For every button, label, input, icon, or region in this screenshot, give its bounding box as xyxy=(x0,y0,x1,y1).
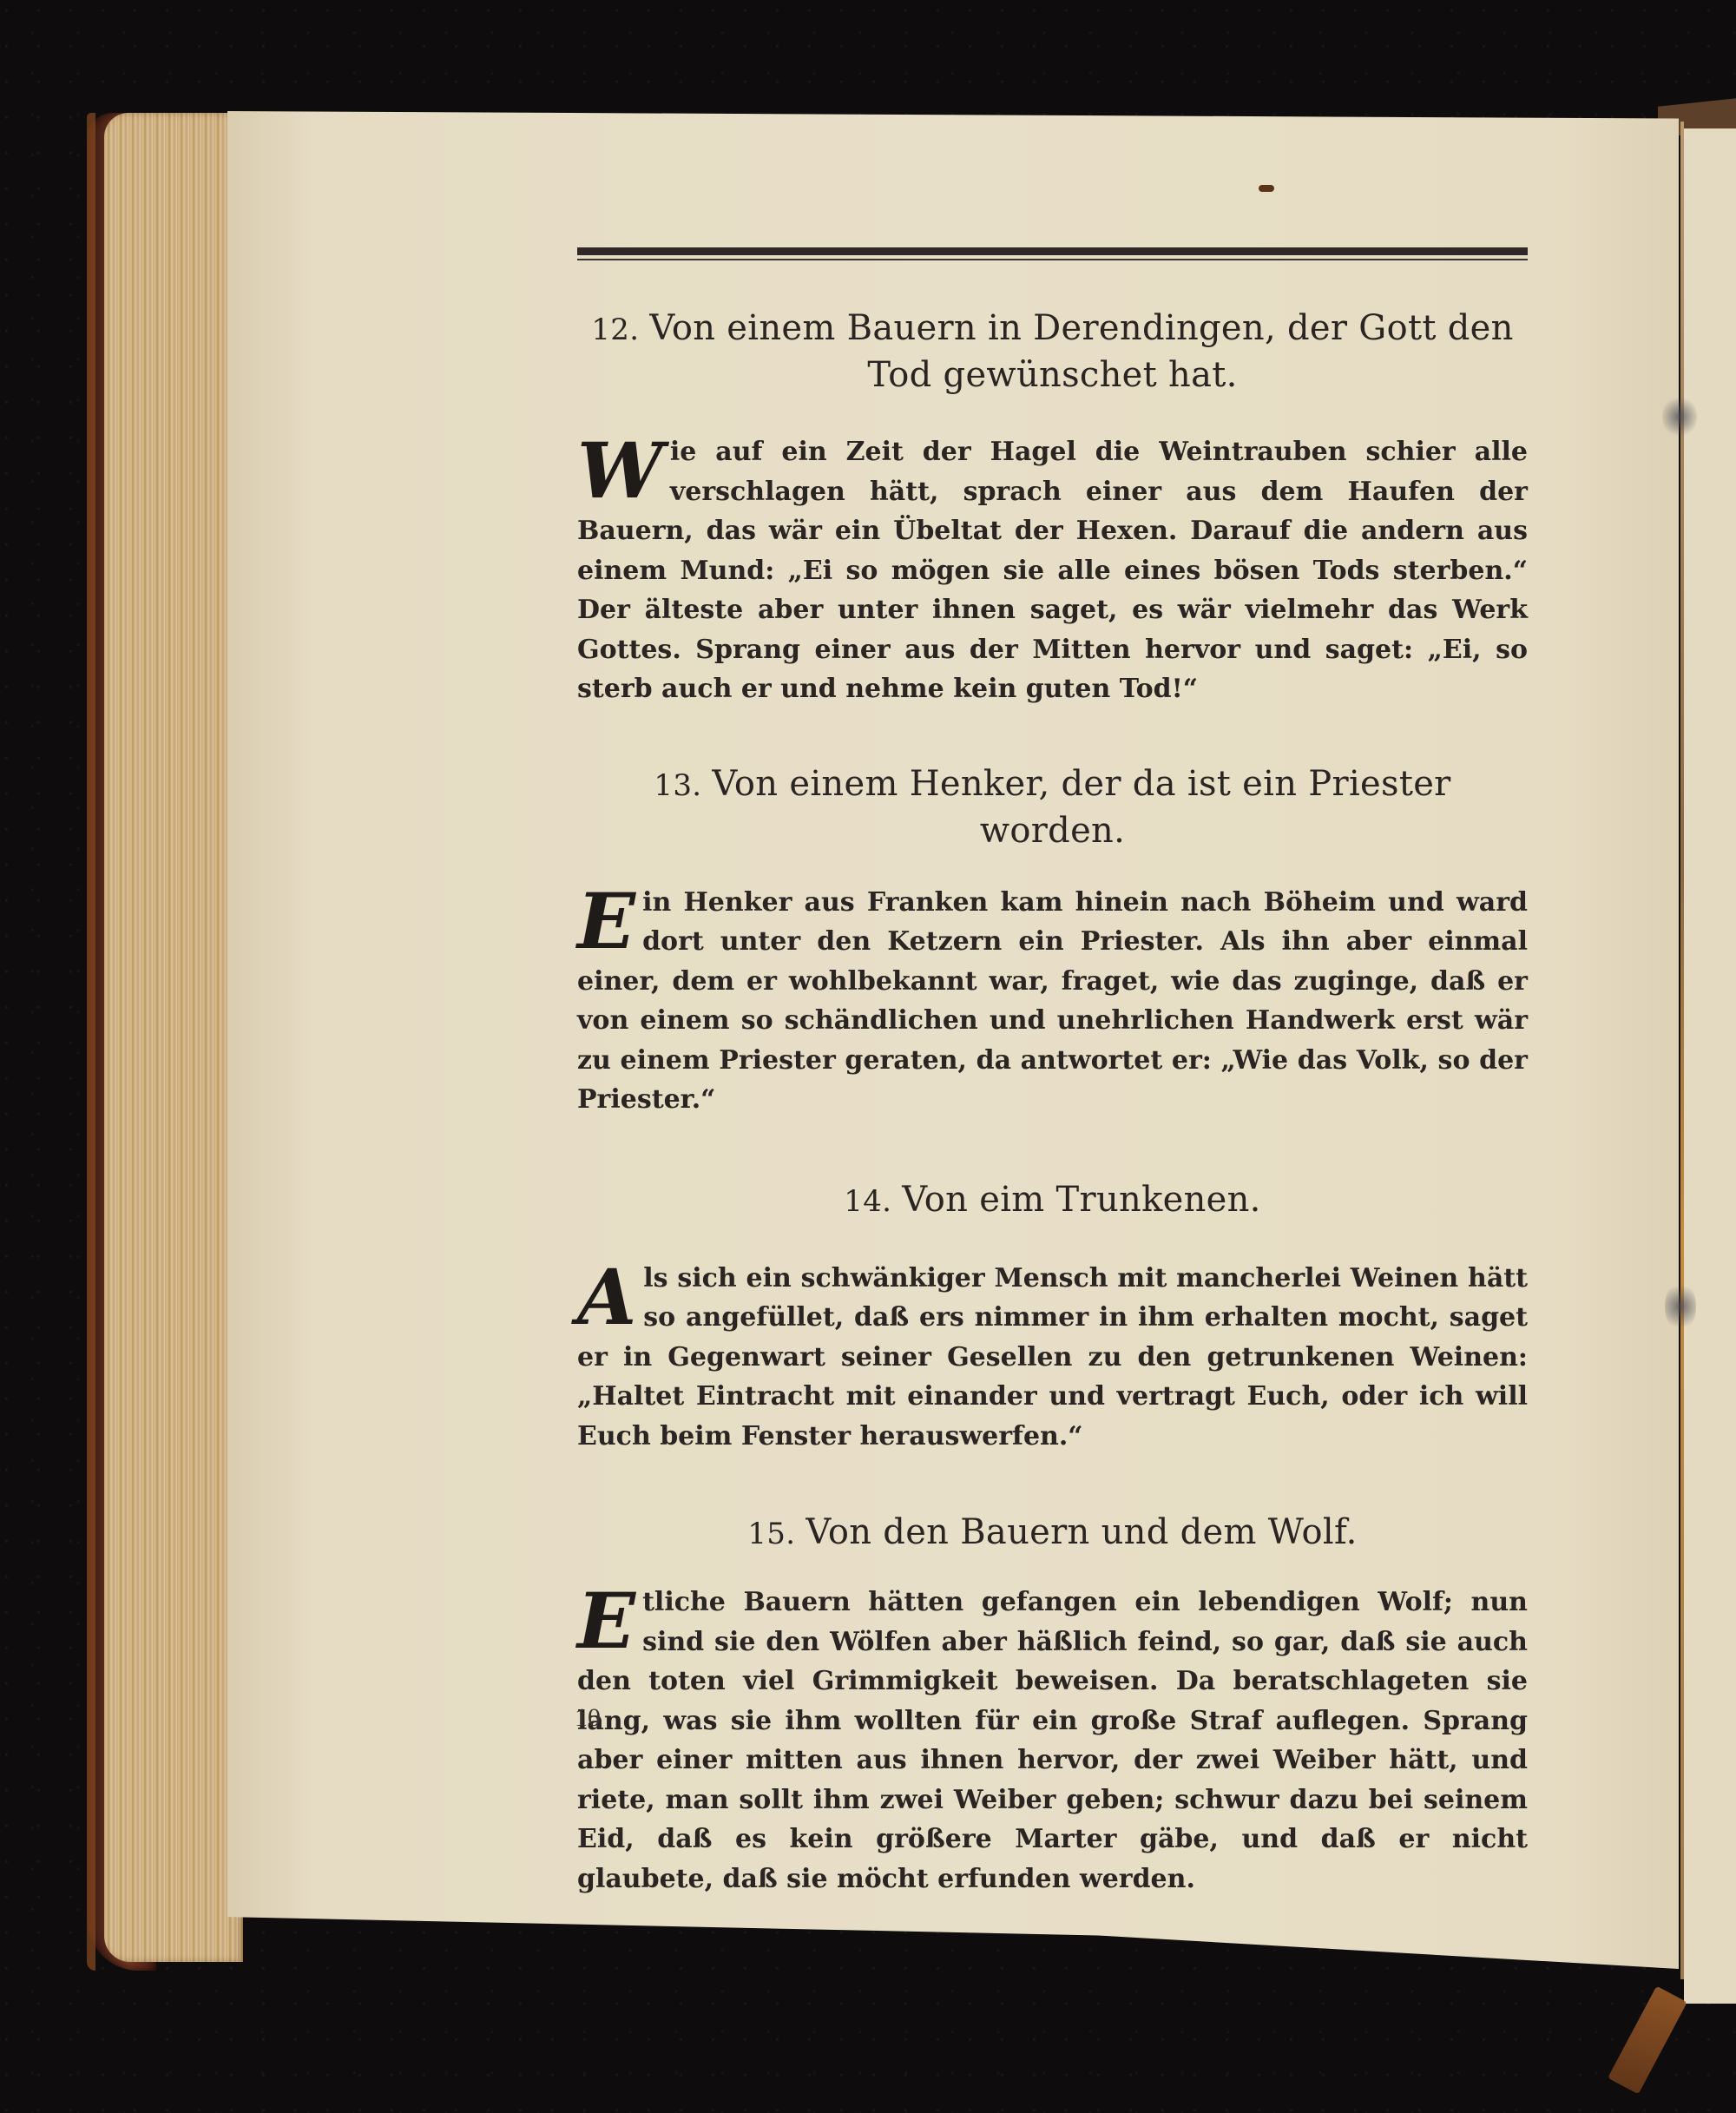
story-number: 13. xyxy=(654,768,701,803)
drop-cap: E xyxy=(577,1586,635,1656)
story-title-text: Von den Bauern und dem Wolf. xyxy=(806,1512,1357,1552)
header-rule-thick xyxy=(577,247,1528,255)
story-12: 12.Von einem Bauern in Derendingen, der … xyxy=(577,306,1528,709)
story-paragraph: Als sich ein schwänkiger Mensch mit manc… xyxy=(577,1259,1528,1457)
page-text: 12.Von einem Bauern in Derendingen, der … xyxy=(577,247,1528,1899)
story-paragraph: Wie auf ein Zeit der Hagel die Weintraub… xyxy=(577,432,1528,709)
story-15: 15.Von den Bauern und dem Wolf. Etliche … xyxy=(577,1510,1528,1899)
story-number: 12. xyxy=(591,313,639,347)
story-body: ie auf ein Zeit der Hagel die Weintraube… xyxy=(577,437,1528,704)
story-title: 13.Von einem Henker, der da ist ein Prie… xyxy=(577,761,1528,853)
story-title-text: Von eim Trunkenen. xyxy=(902,1180,1260,1220)
drop-cap: E xyxy=(577,886,635,956)
story-title-text: Von einem Bauern in Derendingen, der Got… xyxy=(649,308,1513,395)
page-number: 10 xyxy=(575,1703,601,1733)
story-body: ls sich ein schwänkiger Mensch mit manch… xyxy=(577,1263,1528,1451)
story-paragraph: Ein Henker aus Franken kam hinein nach B… xyxy=(577,883,1528,1120)
story-number: 15. xyxy=(747,1517,795,1551)
story-14: 14.Von eim Trunkenen. Als sich ein schwä… xyxy=(577,1177,1528,1457)
drop-cap: A xyxy=(577,1262,636,1332)
paper-blemish xyxy=(1259,185,1274,192)
story-paragraph: Etliche Bauern hätten gefangen ein leben… xyxy=(577,1583,1528,1899)
ink-stain xyxy=(1662,395,1697,438)
header-rule-thin xyxy=(577,259,1528,260)
ink-stain xyxy=(1665,1280,1696,1333)
story-title: 15.Von den Bauern und dem Wolf. xyxy=(577,1510,1528,1557)
story-title-text: Von einem Henker, der da ist ein Prieste… xyxy=(712,764,1450,851)
story-body: tliche Bauern hätten gefangen ein lebend… xyxy=(577,1587,1528,1894)
story-body: in Henker aus Franken kam hinein nach Bö… xyxy=(577,887,1528,1116)
story-13: 13.Von einem Henker, der da ist ein Prie… xyxy=(577,761,1528,1120)
story-number: 14. xyxy=(844,1184,891,1219)
story-title: 14.Von eim Trunkenen. xyxy=(577,1177,1528,1224)
page-block-edges xyxy=(104,113,243,1962)
story-title: 12.Von einem Bauern in Derendingen, der … xyxy=(577,306,1528,398)
drop-cap: W xyxy=(577,436,663,505)
